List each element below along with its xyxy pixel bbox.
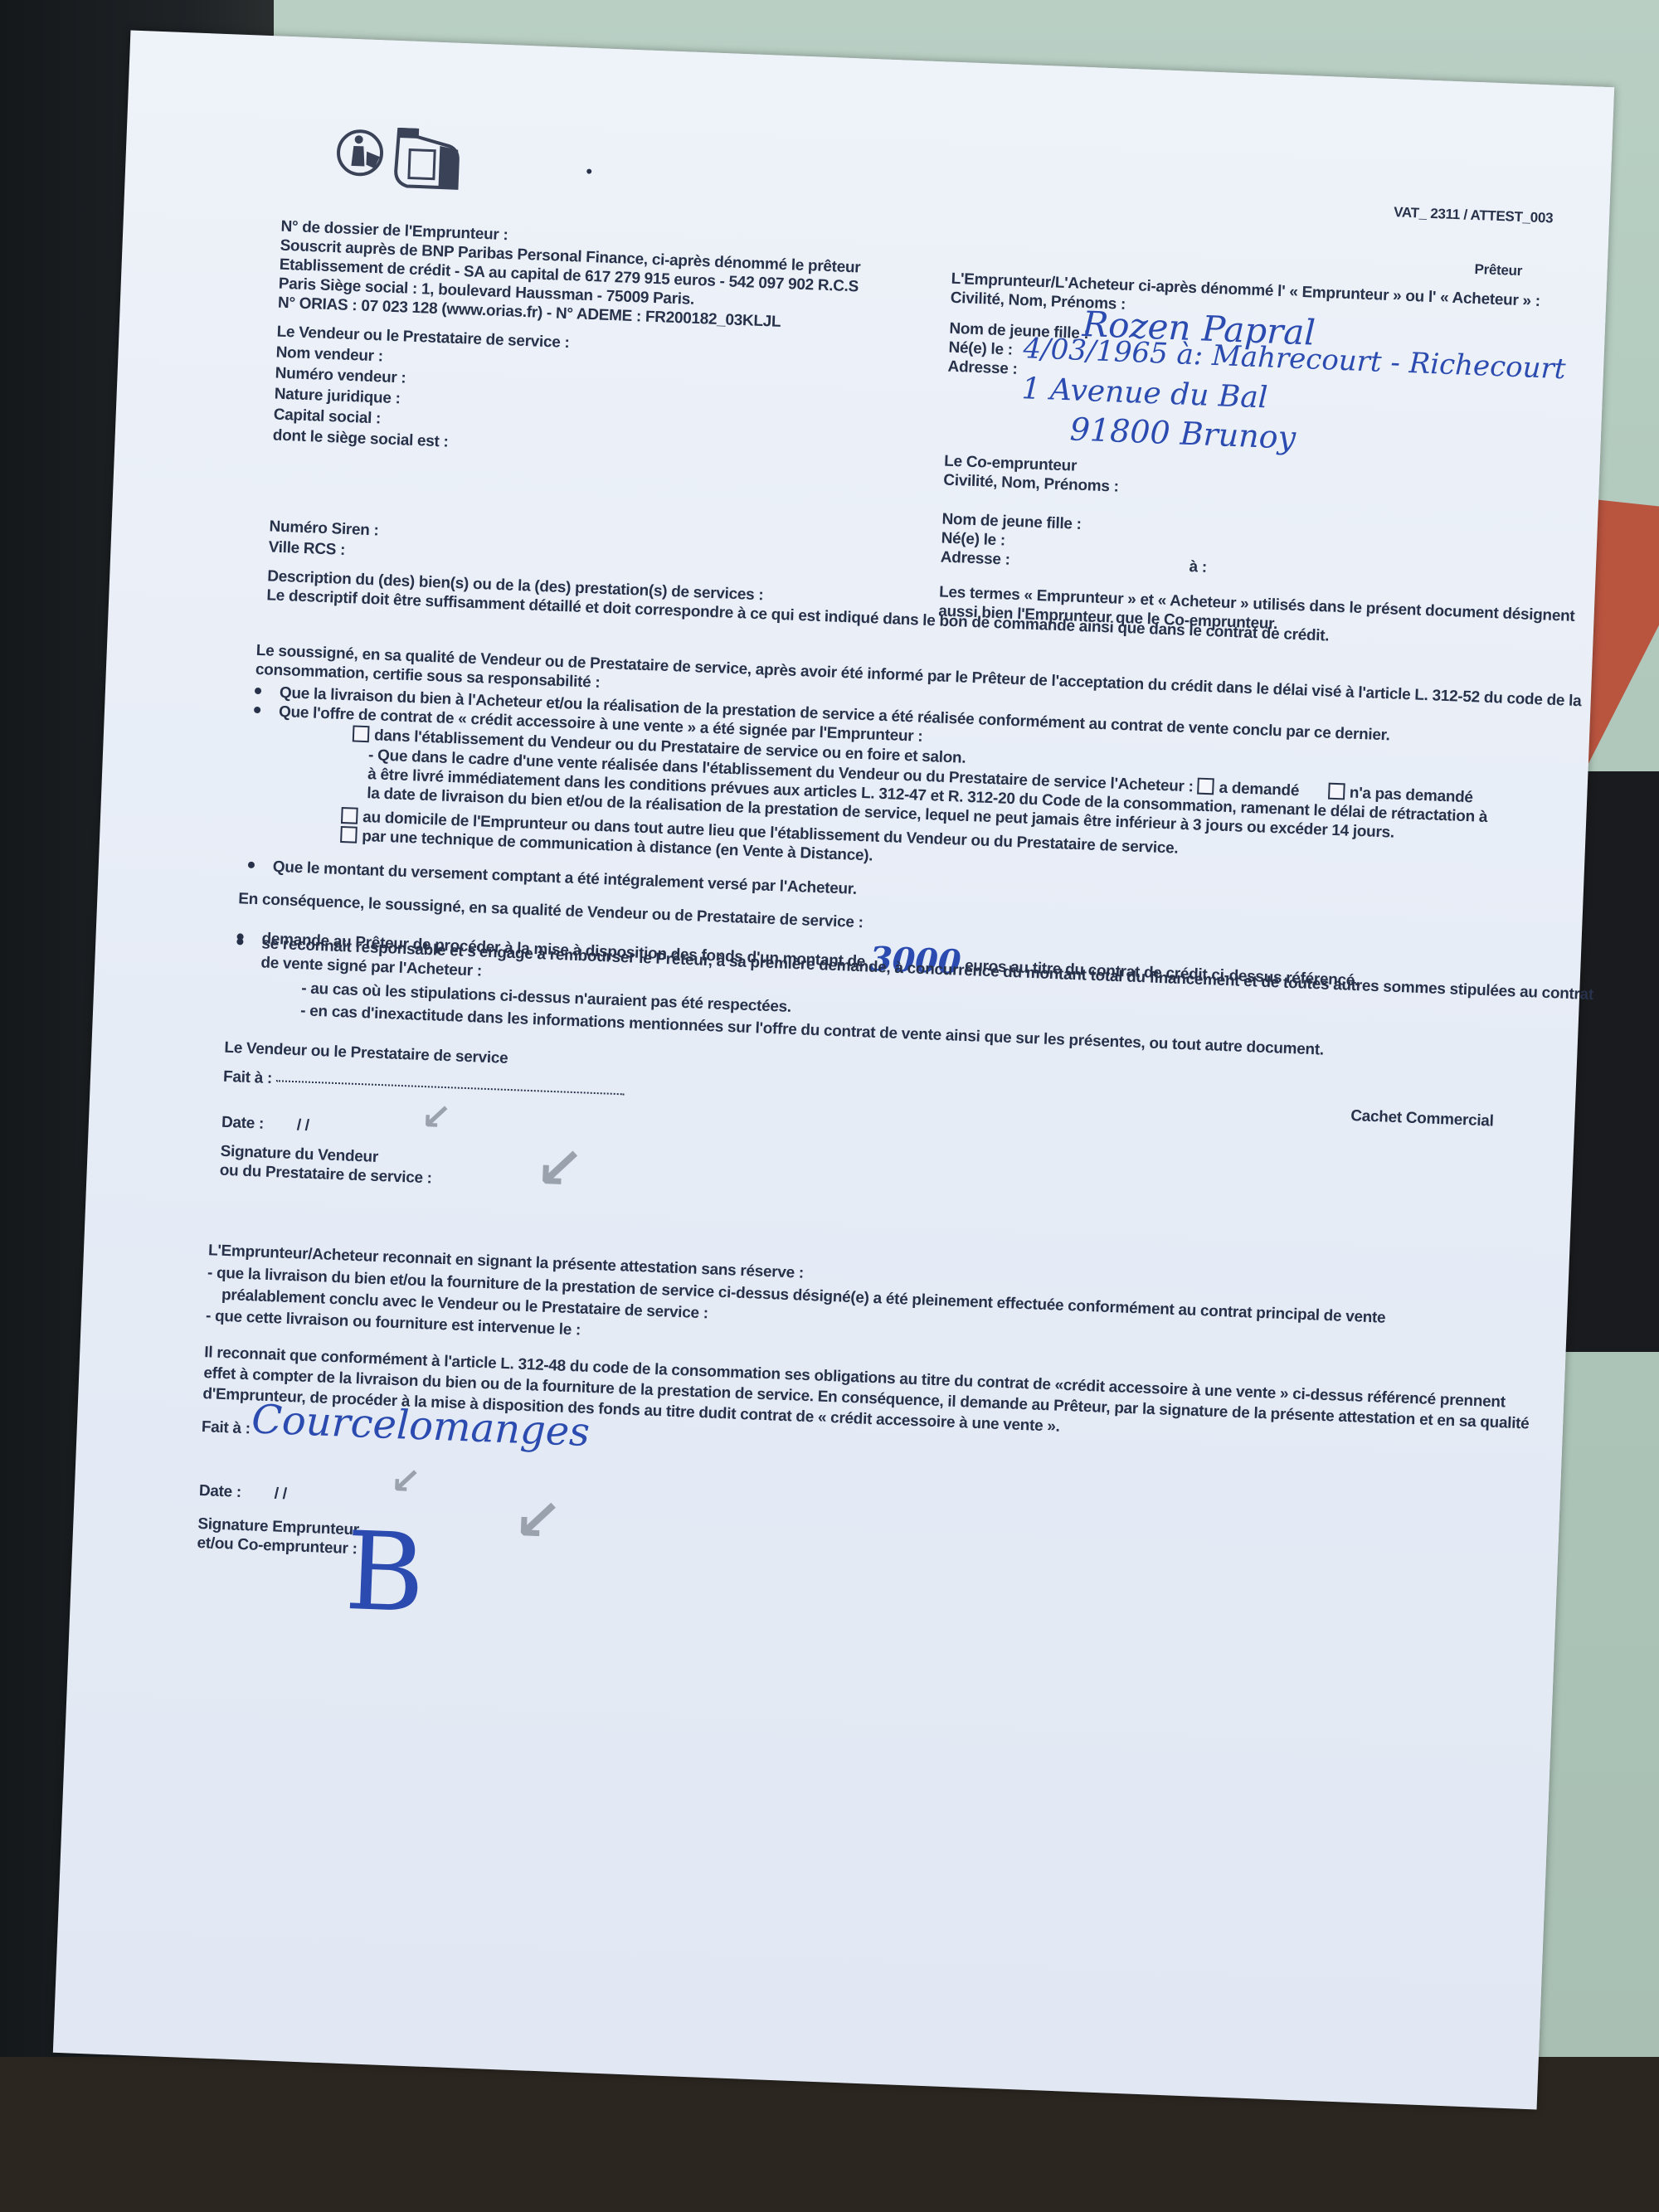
checkbox-na-pas-demande[interactable] — [1328, 783, 1345, 800]
ack-fait-a-label: Fait à : — [201, 1417, 251, 1440]
ack-date: Date : / / — [198, 1481, 287, 1505]
borrower-address-line2: 91800 Brunoy — [1069, 411, 1297, 455]
bullet-icon — [255, 688, 261, 694]
checkbox-establishment[interactable] — [353, 725, 370, 742]
rcs-label: Ville RCS : — [268, 537, 345, 561]
preteur-label: Prêteur — [1474, 260, 1522, 280]
coborrower-address-label: Adresse : — [940, 547, 1010, 571]
bullet-icon — [248, 862, 255, 868]
coborrower-a-label: à : — [1189, 557, 1207, 578]
bullet-icon — [236, 938, 243, 945]
vendor-date-field[interactable]: / / — [296, 1116, 309, 1135]
vendor-fait-a-field[interactable] — [276, 1080, 625, 1095]
checkbox-a-demande[interactable] — [1197, 778, 1214, 795]
checkbox-distance[interactable] — [340, 826, 358, 843]
checkbox-domicile[interactable] — [341, 807, 358, 824]
reference-code: VAT_ 2311 / ATTEST_003 — [1394, 203, 1554, 227]
arrow-pointer-icon: ↙ — [390, 1460, 422, 1503]
vendor-date: Date : / / — [221, 1113, 310, 1137]
stray-dot: • — [586, 160, 592, 184]
vendor-signature-label2: ou du Prestataire de service : — [219, 1161, 432, 1189]
logo-group — [332, 117, 508, 202]
borrower-signature: B — [343, 1508, 426, 1637]
borrower-address-line1: 1 Avenue du Bal — [1021, 372, 1268, 415]
arrow-pointer-icon: ↙ — [420, 1096, 452, 1139]
vendor-sign-title: Le Vendeur ou le Prestataire de service — [224, 1038, 508, 1070]
borrower-address-label: Adresse : — [947, 357, 1018, 381]
arrow-pointer-icon: ↙ — [512, 1485, 563, 1555]
vendor-seat-label: dont le siège social est : — [272, 425, 449, 453]
ack-date-field[interactable]: / / — [274, 1485, 287, 1504]
document-page: • VAT_ 2311 / ATTEST_003 Prêteur N° de d… — [53, 31, 1614, 2110]
person-recycling-icon — [332, 117, 508, 198]
cachet-label: Cachet Commercial — [1350, 1106, 1494, 1132]
arrow-pointer-icon: ↙ — [534, 1133, 586, 1203]
coborrower-civilite-label: Civilité, Nom, Prénoms : — [943, 471, 1119, 498]
bullet-icon — [254, 707, 260, 713]
